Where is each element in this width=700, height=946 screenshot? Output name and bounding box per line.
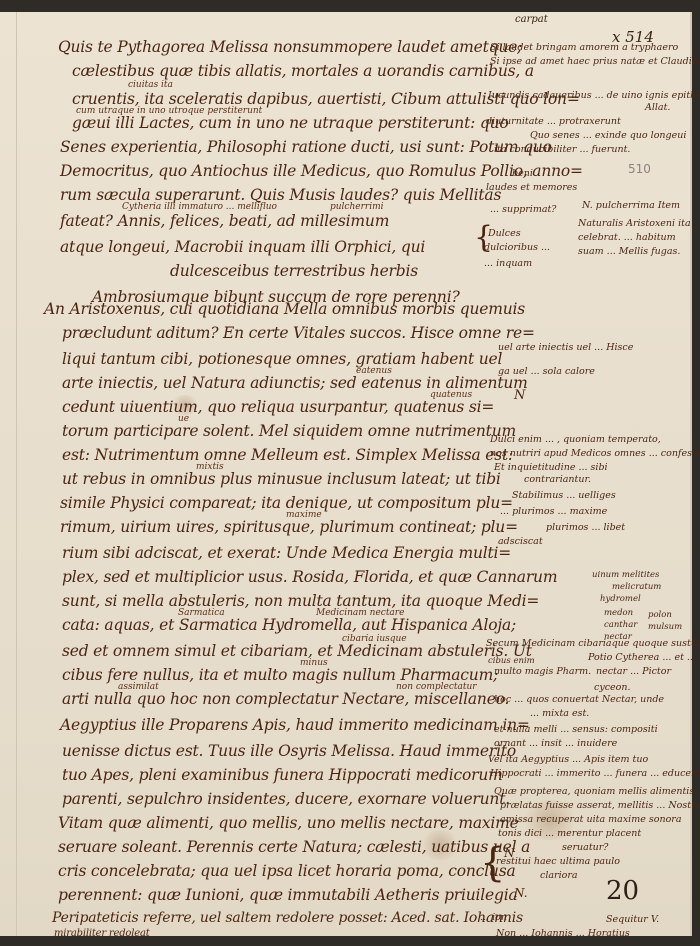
margin-note: nectar ... Pictor bbox=[596, 666, 671, 677]
margin-note: laudes et memores bbox=[486, 182, 577, 193]
margin-note: prælatas fuisse asserat, mellitis ... No… bbox=[500, 800, 700, 811]
top-catchword: carpat bbox=[515, 14, 548, 25]
main-line-13: præcludunt aditum? En certe Vitales succ… bbox=[62, 324, 535, 342]
margin-note: Sequitur V. bbox=[606, 914, 659, 925]
margin-note: melicratum bbox=[612, 582, 661, 592]
margin-note: ... supprimat? bbox=[490, 204, 556, 215]
margin-note: Stabilimus ... uelliges bbox=[512, 490, 616, 501]
margin-note: beni bbox=[512, 168, 533, 179]
margin-note: nos nutriri apud Medicos omnes ... confe… bbox=[490, 448, 700, 459]
margin-note: Quæ propterea, quoniam mellis alimentis bbox=[494, 786, 694, 797]
margin-note: Quo senes ... exinde quo longeui bbox=[530, 130, 686, 141]
margin-note: N. bbox=[514, 886, 528, 900]
margin-note: uel arte iniectis uel ... Hisce bbox=[498, 342, 633, 353]
margin-note: ornant ... insit ... inuidere bbox=[494, 738, 617, 749]
page-number: 20 bbox=[606, 876, 639, 906]
main-line-4: gæui illi Lactes, cum in uno ne utraque … bbox=[72, 114, 509, 132]
margin-note: Iucundis cadaueribus ... de uino ignis e… bbox=[488, 90, 700, 101]
margin-note: Dulces bbox=[488, 228, 521, 239]
margin-note: N bbox=[514, 388, 525, 403]
margin-note: canthar bbox=[604, 620, 637, 630]
margin-note: adsciscat bbox=[498, 536, 543, 547]
margin-note: uinum melitites bbox=[592, 570, 659, 580]
margin-note: celebrat. ... habitum bbox=[578, 232, 676, 243]
interlinear-4: pulcherrimi bbox=[330, 202, 384, 212]
margin-note: suam ... Mellis fugas. bbox=[578, 246, 680, 257]
margin-note: multo magis Pharm. bbox=[494, 666, 591, 677]
main-line-31: tuo Apes, pleni examinibus funera Hippoc… bbox=[62, 766, 503, 784]
main-line-2: cælestibus quæ tibis allatis, mortales a… bbox=[72, 62, 534, 80]
main-line-1: Quis te Pythagorea Melissa nonsummopere … bbox=[58, 38, 522, 56]
margin-note: et nulla melli ... sensus: compositi bbox=[494, 724, 658, 735]
margin-note: plurimos ... libet bbox=[546, 522, 625, 533]
main-line-35: cris concelebrata; qua uel ipsa licet ho… bbox=[58, 862, 516, 880]
main-line-5: Senes experientia, Philosophi ratione du… bbox=[60, 138, 552, 156]
main-line-32: parenti, sepulchro insidentes, ducere, e… bbox=[62, 790, 510, 808]
margin-note: ... ion bbox=[480, 912, 507, 923]
margin-note: ... plurimos ... maxime bbox=[500, 506, 607, 517]
margin-note: Dulci enim ... , quoniam temperato, bbox=[490, 434, 661, 445]
margin-note: Si ipse ad amet haec prius natæ et Claud… bbox=[490, 56, 700, 67]
main-line-21: rimum, uirium uires, spiritusque, plurim… bbox=[60, 518, 518, 536]
main-line-26: sed et omnem simul et cibariam, et Medic… bbox=[62, 642, 532, 660]
margin-note: Allat. bbox=[645, 102, 670, 113]
margin-note: clariora bbox=[540, 870, 578, 881]
stamp-number: 510 bbox=[628, 162, 651, 176]
margin-note: ga uel ... sola calore bbox=[498, 366, 595, 377]
main-line-6: Democritus, quo Antiochus ille Medicus, … bbox=[60, 162, 583, 180]
main-line-18: est: Nutrimentum omne Melleum est. Simpl… bbox=[62, 446, 513, 464]
margin-note: Potio Cytherea ... et ... lumbo bbox=[588, 652, 700, 663]
margin-note: cyceon. bbox=[594, 682, 631, 693]
margin-note: medon bbox=[604, 608, 633, 618]
margin-note: Hippocrati ... immerito ... funera ... e… bbox=[490, 768, 700, 779]
margin-note: Et inquietitudine ... sibi bbox=[494, 462, 608, 473]
margin-note: hydromel bbox=[600, 594, 641, 604]
margin-note: contrariantur. bbox=[524, 474, 591, 485]
margin-note: dulcioribus ... bbox=[484, 242, 550, 253]
interlinear-3: Cytheria illi immaturo ... mellifluo bbox=[122, 202, 277, 212]
main-line-28: arti nulla quo hoc non complectatur Nect… bbox=[62, 690, 509, 708]
margin-note: mulsum bbox=[648, 622, 682, 632]
margin-note: diuturnitate ... protraxerunt bbox=[486, 116, 621, 127]
main-line-10: dulcesceibus terrestribus herbis bbox=[170, 262, 418, 280]
margin-note: ... inquam bbox=[484, 258, 532, 269]
margin-note: N. pulcherrima Item bbox=[582, 200, 680, 211]
margin-note: Si laudet bringam amorem a tryphaero bbox=[490, 42, 678, 53]
margin-note: Non ... Iohannis ... Horatius bbox=[496, 928, 630, 939]
margin-note: amissa recuperat uita maxime sonora bbox=[500, 814, 682, 825]
margin-note: restitui haec ultima paulo bbox=[496, 856, 620, 867]
page-gutter-line bbox=[16, 12, 17, 936]
main-line-12: An Aristoxenus, cui quotidiana Mella omn… bbox=[44, 300, 525, 318]
margin-note: ita conducibiliter ... fuerunt. bbox=[494, 144, 630, 155]
margin-note: Naturalis Aristoxeni ita bbox=[578, 218, 691, 229]
interlinear-1: ciuitas ita bbox=[128, 80, 173, 90]
margin-note: Secum Medicinam cibariaque quoque sustul… bbox=[486, 638, 700, 649]
main-line-14: liqui tantum cibi, potionesque omnes, gr… bbox=[62, 350, 502, 368]
main-line-23: plex, sed et multiplicior usus. Rosida, … bbox=[62, 568, 557, 586]
margin-note: ... mixta est. bbox=[530, 708, 589, 719]
margin-note: seruatur? bbox=[562, 842, 608, 853]
margin-note: hoc ... quos conuertat Nectar, unde bbox=[494, 694, 664, 705]
main-line-30: uenisse dictus est. Tuus ille Osyris Mel… bbox=[62, 742, 516, 760]
main-line-25: cata: aquas, et Sarmatica Hydromella, au… bbox=[62, 616, 516, 634]
main-line-38: mirabiliter redoleat bbox=[54, 928, 150, 939]
margin-note: tonis dici ... merentur placent bbox=[498, 828, 641, 839]
main-line-9: atque longeui, Macrobii inquam illi Orph… bbox=[60, 238, 425, 256]
main-line-17: torum participare solent. Mel siquidem o… bbox=[62, 422, 516, 440]
main-line-22: rium sibi adciscat, et exerat: Unde Medi… bbox=[62, 544, 511, 562]
margin-note: polon bbox=[648, 610, 672, 620]
main-line-37: Peripateticis referre, uel saltem redole… bbox=[52, 910, 523, 926]
main-line-16: cedunt uiuentium, quo reliqua usurpantur… bbox=[62, 398, 494, 416]
main-line-29: Aegyptius ille Proparens Apis, haud imme… bbox=[60, 716, 530, 734]
main-line-34: seruare soleant. Perennis certe Natura; … bbox=[58, 838, 530, 856]
margin-note: cibus enim bbox=[488, 656, 535, 666]
main-line-8: fateat? Annis, felices, beati, ad milles… bbox=[60, 212, 389, 230]
margin-note: Vel ita Aegyptius ... Apis item tuo bbox=[488, 754, 648, 765]
main-line-24: sunt, si mella abstuleris, non multa tan… bbox=[62, 592, 539, 610]
main-line-19: ut rebus in omnibus plus minusue inclusu… bbox=[62, 470, 501, 488]
main-line-33: Vitam quæ alimenti, quo mellis, uno mell… bbox=[58, 814, 519, 832]
main-line-36: perennent: quæ Iunioni, quæ immutabili A… bbox=[58, 886, 518, 904]
